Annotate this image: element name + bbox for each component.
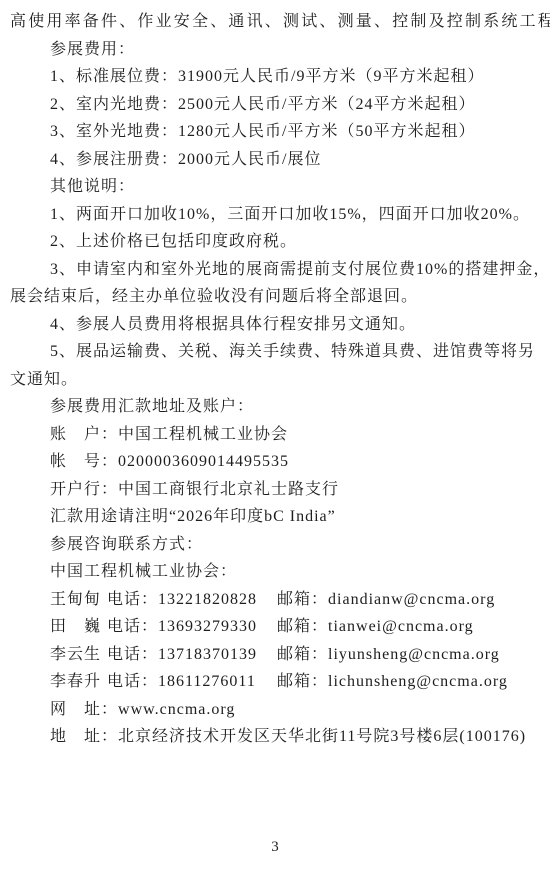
contact-email: liyunsheng@cncma.org bbox=[328, 646, 500, 663]
website-value: www.cncma.org bbox=[118, 696, 235, 724]
contact-name: 王甸甸 bbox=[50, 586, 107, 614]
contact-row-3: 李云生 电话：13718370139 邮箱：liyunsheng@cncma.o… bbox=[10, 641, 540, 669]
contact-email: lichunsheng@cncma.org bbox=[328, 673, 508, 690]
account-no-value: 0200003609014495535 bbox=[118, 448, 289, 476]
email-label: 邮箱： bbox=[277, 673, 328, 690]
phone-label: 电话： bbox=[107, 591, 158, 608]
contact-phone: 18611276011 bbox=[158, 673, 256, 690]
phone-label: 电话： bbox=[107, 673, 158, 690]
contact-email: tianwei@cncma.org bbox=[328, 618, 474, 635]
contact-phone: 13221820828 bbox=[158, 591, 257, 608]
contact-phone: 13693279330 bbox=[158, 618, 257, 635]
phone-label: 电话： bbox=[107, 618, 158, 635]
bank-name-value: 中国工商银行北京礼士路支行 bbox=[118, 476, 339, 504]
contact-row-2: 田 巍 电话：13693279330 邮箱：tianwei@cncma.org bbox=[10, 613, 540, 641]
contact-name: 田 巍 bbox=[50, 613, 107, 641]
fee-item-outdoor-space: 3、室外光地费：1280元人民币/平方米（50平方米起租） bbox=[10, 118, 540, 146]
account-label: 账 户： bbox=[50, 421, 118, 449]
bank-label: 开户行： bbox=[50, 476, 118, 504]
address-row: 地 址： 北京经济技术开发区天华北街11号院3号楼6层(100176) bbox=[10, 723, 540, 751]
remittance-account-no-row: 帐 号： 0200003609014495535 bbox=[10, 448, 540, 476]
email-label: 邮箱： bbox=[277, 591, 328, 608]
remittance-account-row: 账 户： 中国工程机械工业协会 bbox=[10, 421, 540, 449]
page-number: 3 bbox=[0, 839, 550, 856]
fee-item-standard-booth: 1、标准展位费：31900元人民币/9平方米（9平方米起租） bbox=[10, 63, 540, 91]
account-no-label: 帐 号： bbox=[50, 448, 118, 476]
note-line-3-continuation: 展会结束后，经主办单位验收没有问题后将全部退回。 bbox=[10, 283, 540, 311]
email-label: 邮箱： bbox=[277, 618, 328, 635]
note-line-2: 2、上述价格已包括印度政府税。 bbox=[10, 228, 540, 256]
note-line-3: 3、申请室内和室外光地的展商需提前支付展位费10%的搭建押金， bbox=[10, 256, 540, 284]
contact-name: 李春升 bbox=[50, 668, 107, 696]
notes-heading: 其他说明： bbox=[10, 173, 540, 201]
fees-heading: 参展费用： bbox=[10, 36, 540, 64]
contact-row-4: 李春升 电话：18611276011 邮箱：lichunsheng@cncma.… bbox=[10, 668, 540, 696]
website-row: 网 址： www.cncma.org bbox=[10, 696, 540, 724]
fee-item-registration: 4、参展注册费：2000元人民币/展位 bbox=[10, 146, 540, 174]
address-value: 北京经济技术开发区天华北街11号院3号楼6层(100176) bbox=[118, 723, 526, 751]
intro-paragraph-tail: 高使用率备件、作业安全、通讯、测试、测量、控制及控制系统工程。 bbox=[10, 8, 540, 36]
note-line-5-continuation: 文通知。 bbox=[10, 366, 540, 394]
contact-name: 李云生 bbox=[50, 641, 107, 669]
note-line-5: 5、展品运输费、关税、海关手续费、特殊道具费、进馆费等将另 bbox=[10, 338, 540, 366]
contacts-org: 中国工程机械工业协会： bbox=[10, 558, 540, 586]
note-line-1: 1、两面开口加收10%，三面开口加收15%，四面开口加收20%。 bbox=[10, 201, 540, 229]
website-label: 网 址： bbox=[50, 696, 118, 724]
phone-label: 电话： bbox=[107, 646, 158, 663]
contact-email: diandianw@cncma.org bbox=[328, 591, 495, 608]
remittance-purpose: 汇款用途请注明“2026年印度bC India” bbox=[10, 503, 540, 531]
fee-item-indoor-space: 2、室内光地费：2500元人民币/平方米（24平方米起租） bbox=[10, 91, 540, 119]
remittance-heading: 参展费用汇款地址及账户： bbox=[10, 393, 540, 421]
account-name-value: 中国工程机械工业协会 bbox=[118, 421, 288, 449]
contact-phone: 13718370139 bbox=[158, 646, 257, 663]
remittance-bank-row: 开户行： 中国工商银行北京礼士路支行 bbox=[10, 476, 540, 504]
document-page: 高使用率备件、作业安全、通讯、测试、测量、控制及控制系统工程。 参展费用： 1、… bbox=[0, 0, 550, 871]
email-label: 邮箱： bbox=[277, 646, 328, 663]
contact-row-1: 王甸甸 电话：13221820828 邮箱：diandianw@cncma.or… bbox=[10, 586, 540, 614]
note-line-4: 4、参展人员费用将根据具体行程安排另文通知。 bbox=[10, 311, 540, 339]
contacts-heading: 参展咨询联系方式： bbox=[10, 531, 540, 559]
address-label: 地 址： bbox=[50, 723, 118, 751]
